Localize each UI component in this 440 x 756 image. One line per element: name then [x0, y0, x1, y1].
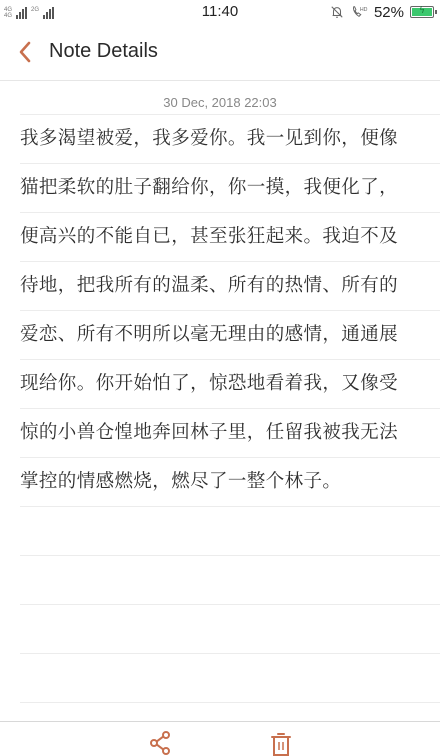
app-header: Note Details: [0, 26, 440, 81]
page-title: Note Details: [49, 40, 158, 63]
back-button[interactable]: [14, 38, 38, 66]
note-line: 待地，把我所有的温柔、所有的热情、所有的: [20, 261, 424, 310]
svg-text:HD: HD: [360, 7, 368, 13]
battery-fill: ϟ: [412, 8, 432, 16]
charging-bolt-icon: ϟ: [412, 6, 432, 16]
note-line: 我多渴望被爱，我多爱你。我一见到你，便像: [20, 114, 424, 163]
note-line: 便高兴的不能自已，甚至张狂起来。我迫不及: [20, 212, 424, 261]
hd-call-icon: HD: [350, 5, 368, 19]
bell-off-icon: [330, 5, 344, 19]
note-line: 现给你。你开始怕了，惊恐地看着我，又像受: [20, 359, 424, 408]
note-timestamp: 30 Dec, 2018 22:03: [0, 95, 440, 110]
delete-button[interactable]: [268, 730, 294, 756]
bottom-toolbar: [0, 721, 440, 756]
note-line: 掌控的情感燃烧，燃尽了一整个林子。: [20, 457, 424, 506]
note-line: 猫把柔软的肚子翻给你，你一摸，我便化了，: [20, 163, 424, 212]
status-bar: 4G 4G 2G 11:40 HD 52% ϟ: [0, 0, 440, 26]
note-line: 惊的小兽仓惶地奔回林子里，任留我被我无法: [20, 408, 424, 457]
note-line: 爱恋、所有不明所以毫无理由的感情，通通展: [20, 310, 424, 359]
status-icons: HD 52% ϟ: [330, 3, 434, 21]
note-content[interactable]: 我多渴望被爱，我多爱你。我一见到你，便像 猫把柔软的肚子翻给你，你一摸，我便化了…: [20, 114, 424, 506]
share-button[interactable]: [148, 730, 174, 756]
chevron-left-icon: [14, 38, 38, 66]
share-icon: [148, 730, 174, 756]
battery-icon: ϟ: [410, 6, 434, 18]
trash-icon: [268, 730, 294, 756]
battery-percent: 52%: [374, 4, 404, 21]
